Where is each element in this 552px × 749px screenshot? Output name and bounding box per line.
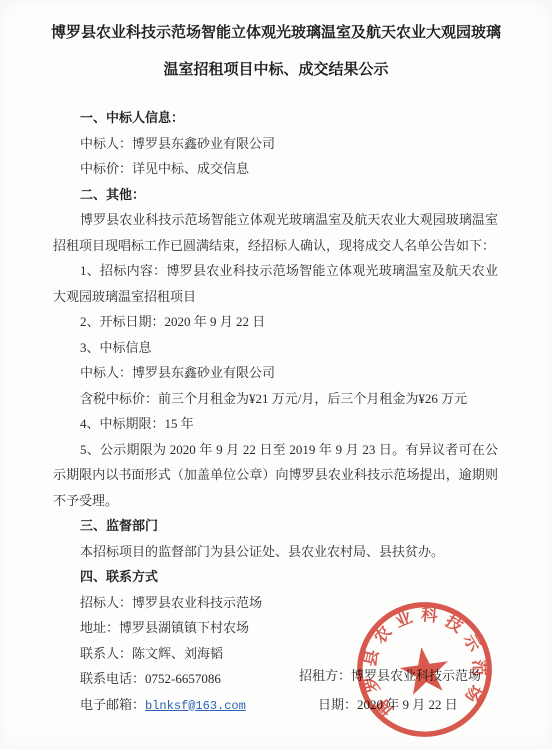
lease-term-item: 4、中标期限：15 年 — [53, 411, 498, 437]
winner-line: 中标人：博罗县东鑫砂业有限公司 — [53, 131, 498, 157]
contact-address: 地址：博罗县湖镇镇下村农场 — [53, 615, 498, 641]
document-body: 一、中标人信息： 中标人：博罗县东鑫砂业有限公司 中标价：详见中标、成交信息 二… — [0, 105, 552, 719]
document-page: 博罗县农业科技示范场智能立体观光玻璃温室及航天农业大观园玻璃温室招租项目中标、成… — [0, 0, 552, 749]
publicity-period-item: 5、公示期限为 2020 年 9 月 22 日至 2019 年 9 月 23 日… — [53, 437, 498, 514]
email-link[interactable]: blnksf@163.com — [145, 699, 246, 713]
signature-date: 日期：2020 年 9 月 22 日 — [318, 697, 519, 713]
price-line: 中标价：详见中标、成交信息 — [53, 156, 498, 182]
section2-heading: 二、其他： — [53, 182, 498, 208]
contact-tenderer: 招标人：博罗县农业科技示范场 — [53, 590, 498, 616]
award-price-line: 含税中标价：前三个月租金为¥21 万元/月，后三个月租金为¥26 万元 — [53, 386, 498, 412]
document-title: 博罗县农业科技示范场智能立体观光玻璃温室及航天农业大观园玻璃温室招租项目中标、成… — [50, 0, 502, 89]
supervision-body: 本招标项目的监督部门为县公证处、县农业农村局、县扶贫办。 — [53, 539, 498, 565]
open-date-item: 2、开标日期：2020 年 9 月 22 日 — [53, 309, 498, 335]
tender-content-item: 1、招标内容：博罗县农业科技示范场智能立体观光玻璃温室及航天农业大观园玻璃温室招… — [53, 258, 498, 309]
contact-email-label: 电子邮箱： — [80, 697, 145, 712]
signature-lessor: 招租方：博罗县农业科技示范场 — [299, 668, 519, 684]
contact-person: 联系人：陈文辉、刘海韬 — [53, 641, 498, 667]
award-info-item: 3、中标信息 — [53, 335, 498, 361]
section3-heading: 三、监督部门 — [53, 513, 498, 539]
section4-heading: 四、联系方式 — [53, 564, 498, 590]
section1-heading: 一、中标人信息： — [53, 105, 498, 131]
award-winner-line: 中标人：博罗县东鑫砂业有限公司 — [53, 360, 498, 386]
signature-block: 招租方：博罗县农业科技示范场 日期：2020 年 9 月 22 日 — [299, 668, 519, 713]
other-intro: 博罗县农业科技示范场智能立体观光玻璃温室及航天农业大观园玻璃温室招租项目现唱标工… — [53, 207, 498, 258]
